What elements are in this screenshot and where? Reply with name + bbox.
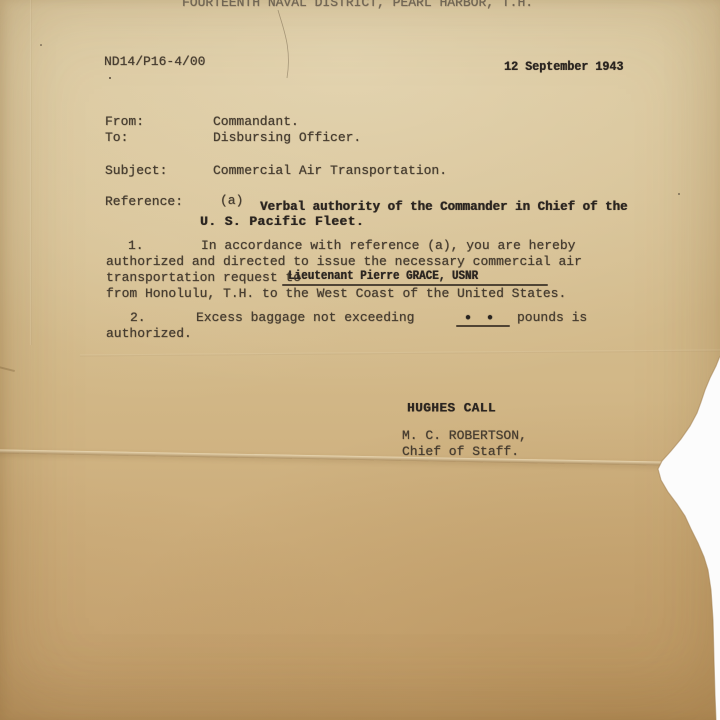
field-label-to: To: <box>105 130 128 146</box>
reference-stamped-line-1: Verbal authority of the Commander in Chi… <box>260 199 628 215</box>
paper-background <box>0 0 720 720</box>
file-number: ND14/P16-4/00 <box>104 54 205 70</box>
ink-speck <box>40 44 42 46</box>
ink-speck <box>109 77 111 79</box>
paragraph-2-prefix: Excess baggage not exceeding <box>196 310 414 326</box>
signer-name: M. C. ROBERTSON, <box>402 428 527 444</box>
ink-speck <box>678 193 680 195</box>
field-value-subject: Commercial Air Transportation. <box>213 163 447 179</box>
paragraph-2-suffix: pounds is <box>517 310 587 326</box>
field-label-reference: Reference: <box>105 194 183 210</box>
reference-stamped-line-2: U. S. Pacific Fleet. <box>200 214 364 230</box>
paragraph-1-line-1: In accordance with reference (a), you ar… <box>201 238 575 254</box>
date-stamp: 12 September 1943 <box>504 59 623 75</box>
paragraph-1-line-3-prefix: transportation request to <box>106 270 301 286</box>
field-label-from: From: <box>105 114 144 130</box>
field-label-subject: Subject: <box>105 163 167 179</box>
reference-marker: (a) <box>220 193 243 209</box>
paragraph-2-number: 2. <box>130 310 146 326</box>
field-value-from: Commandant. <box>213 114 299 130</box>
letterhead: FOURTEENTH NAVAL DISTRICT, PEARL HARBOR,… <box>182 0 533 11</box>
field-value-to: Disbursing Officer. <box>213 130 361 146</box>
scanned-memo-page: FOURTEENTH NAVAL DISTRICT, PEARL HARBOR,… <box>0 0 720 720</box>
stamped-passenger-name: Lieutenant Pierre GRACE, USNR <box>288 268 478 284</box>
stamped-asterisks: ● ● <box>465 313 498 324</box>
signer-title: Chief of Staff. <box>402 444 519 460</box>
signature-stamp: HUGHES CALL <box>407 402 496 414</box>
paragraph-1-line-4: from Honolulu, T.H. to the West Coast of… <box>106 286 566 302</box>
paragraph-2-line-2: authorized. <box>106 326 192 342</box>
baggage-blank-underline <box>456 325 510 327</box>
paragraph-1-number: 1. <box>128 238 144 254</box>
